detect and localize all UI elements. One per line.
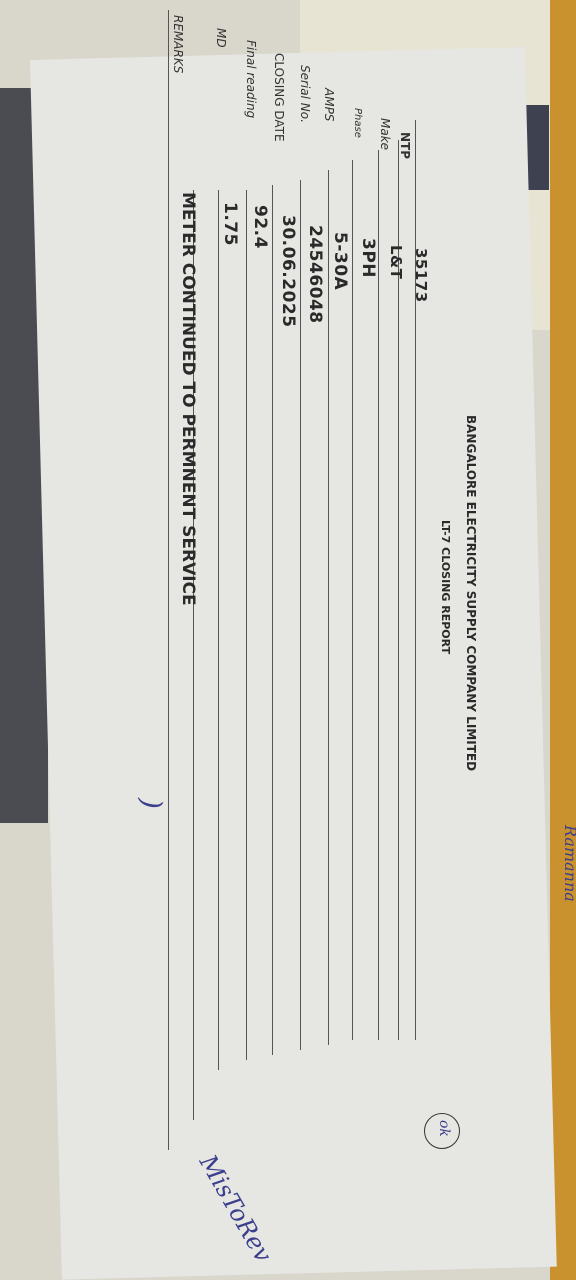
- table-line: [246, 190, 247, 1060]
- table-line: [218, 190, 219, 1070]
- label-amps: AMPS: [322, 88, 336, 121]
- circled-mark-text: ok: [436, 1120, 452, 1137]
- label-remarks: REMARKS: [171, 15, 185, 73]
- desk-surface: [550, 0, 576, 1280]
- value-final-reading: 92.4: [250, 205, 270, 249]
- value-ntp: 35173: [412, 248, 430, 303]
- value-remarks: METER CONTINUED TO PERMNENT SERVICE: [178, 192, 198, 606]
- value-closing-date: 30.06.2025: [278, 215, 298, 328]
- value-phase: 3PH: [358, 238, 378, 278]
- label-final-reading: Final reading: [244, 40, 258, 118]
- table-line: [328, 170, 329, 1045]
- label-serial: Serial No.: [298, 65, 312, 123]
- table-line: [352, 160, 353, 1040]
- report-title: LT-7 CLOSING REPORT: [439, 520, 452, 654]
- label-ntp: NTP: [398, 132, 412, 159]
- table-line: [300, 180, 301, 1050]
- signature-stroke: ): [135, 798, 168, 809]
- company-name: BANGALORE ELECTRICITY SUPPLY COMPANY LIM…: [464, 415, 478, 771]
- value-serial: 24546048: [305, 225, 325, 324]
- label-closing-date: CLOSING DATE: [272, 53, 286, 142]
- label-md: MD: [214, 28, 228, 48]
- value-amps: 5-30A: [330, 232, 350, 290]
- value-md: 1.75: [220, 202, 240, 246]
- signature: Ramanna: [561, 825, 576, 902]
- table-line: [272, 185, 273, 1055]
- label-make: Make: [378, 118, 392, 150]
- table-line: [378, 150, 379, 1040]
- table-line: [168, 10, 169, 1150]
- label-phase: Phase: [352, 108, 363, 138]
- value-make: L&T: [387, 245, 405, 279]
